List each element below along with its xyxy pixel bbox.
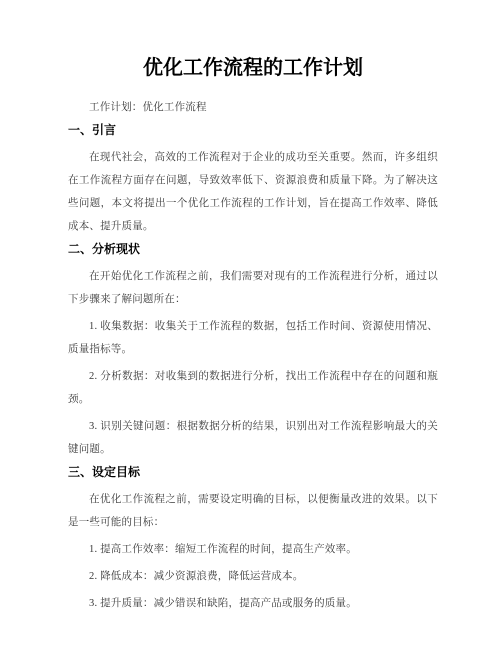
document-page: 优化工作流程的工作计划 工作计划：优化工作流程 一、引言 在现代社会，高效的工作… [0,0,502,649]
document-subtitle: 工作计划：优化工作流程 [68,96,438,119]
list-item: 1. 收集数据：收集关于工作流程的数据，包括工作时间、资源使用情况、质量指标等。 [68,315,438,361]
paragraph: 在优化工作流程之前，需要设定明确的目标，以便衡量改进的效果。以下是一些可能的目标… [68,488,438,534]
list-item: 2. 分析数据：对收集到的数据进行分析，找出工作流程中存在的问题和瓶颈。 [68,365,438,411]
list-item: 3. 提升质量：减少错误和缺陷，提高产品或服务的质量。 [68,592,438,615]
section-heading-analyze-status: 二、分析现状 [68,238,438,261]
list-item: 3. 识别关键问题：根据数据分析的结果，识别出对工作流程影响最大的关键问题。 [68,415,438,461]
section-heading-introduction: 一、引言 [68,119,438,142]
paragraph: 在开始优化工作流程之前，我们需要对现有的工作流程进行分析，通过以下步骤来了解问题… [68,265,438,311]
document-title: 优化工作流程的工作计划 [68,55,438,81]
paragraph: 在现代社会，高效的工作流程对于企业的成功至关重要。然而，许多组织在工作流程方面存… [68,146,438,238]
section-heading-set-goals: 三、设定目标 [68,461,438,484]
list-item: 2. 降低成本：减少资源浪费，降低运营成本。 [68,565,438,588]
list-item: 1. 提高工作效率：缩短工作流程的时间，提高生产效率。 [68,538,438,561]
